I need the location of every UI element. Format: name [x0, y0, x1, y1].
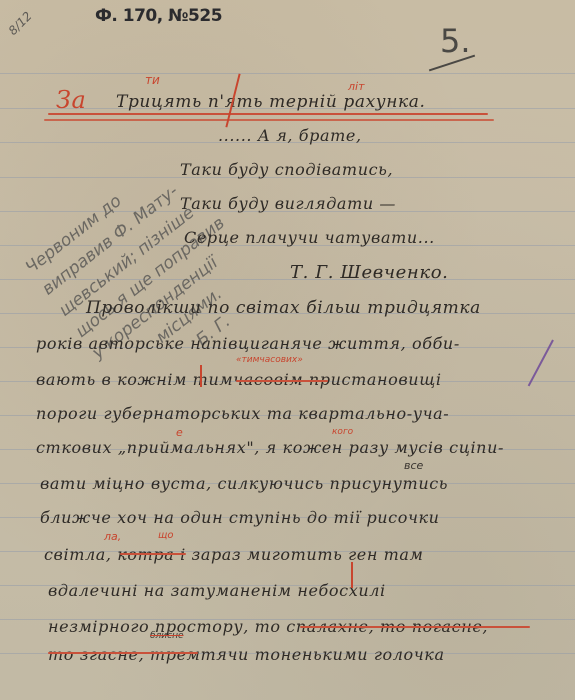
body-line: світла, котра і зараз миготить ген там [44, 545, 423, 564]
correction-koho: кого [332, 427, 353, 437]
title-red-underline-2 [44, 119, 494, 121]
body-line: вати міцно вуста, силкуючись присунутись [40, 474, 448, 493]
correction-tymchasovykh: «тимчасових» [236, 355, 303, 365]
correction-blysne: блисне [150, 631, 184, 641]
correction-shcho: що [158, 530, 174, 541]
manuscript-page: 8/12 Ф. 170, №525 5. За ти літ Трицять п… [0, 0, 575, 700]
epigraph-line: Таки буду виглядати — [180, 194, 396, 213]
epigraph-line: Серце плачучи чатувати... [184, 228, 435, 247]
body-line: сткових „приймальнях", я кожен разу мусі… [36, 438, 504, 457]
title-prefix: За [56, 86, 86, 114]
page-number: 5. [440, 22, 471, 60]
strike-to-spalakhne [300, 626, 530, 628]
strike-kotra [120, 553, 186, 555]
epigraph-line: ...... А я, брате, [218, 126, 362, 145]
red-insertion-mark [200, 365, 202, 387]
archive-reference: Ф. 170, №525 [95, 6, 222, 26]
folio-fraction: 8/12 [6, 9, 35, 38]
strike-to-zhasne [48, 652, 198, 654]
title-correction-ty: ти [145, 73, 160, 87]
body-line: то згасне, тремтячи тоненькими голочка [48, 645, 445, 664]
epigraph-author: Т. Г. Шевченко. [290, 262, 449, 283]
title-text: Трицять п'ять терній рахунка. [116, 92, 426, 112]
ruled-line [0, 73, 575, 74]
title-red-underline [48, 113, 488, 115]
body-line: років авторське напівциганяче життя, обб… [36, 334, 460, 353]
body-line: вдалечині на затуманенім небосхилі [48, 581, 386, 600]
body-line: пороги губернаторських та квартально-уча… [36, 404, 449, 423]
strike-tymchasovykh [236, 380, 328, 382]
correction-la: ла, [104, 530, 121, 543]
body-line: Проволікши по світах більш тридцятка [86, 298, 481, 318]
body-line: ближче хоч на один ступінь до тії рисочк… [40, 508, 440, 527]
epigraph-line: Таки буду сподіватись, [180, 160, 393, 179]
correction-vse: все [404, 459, 423, 472]
red-insertion-mark [351, 562, 353, 588]
